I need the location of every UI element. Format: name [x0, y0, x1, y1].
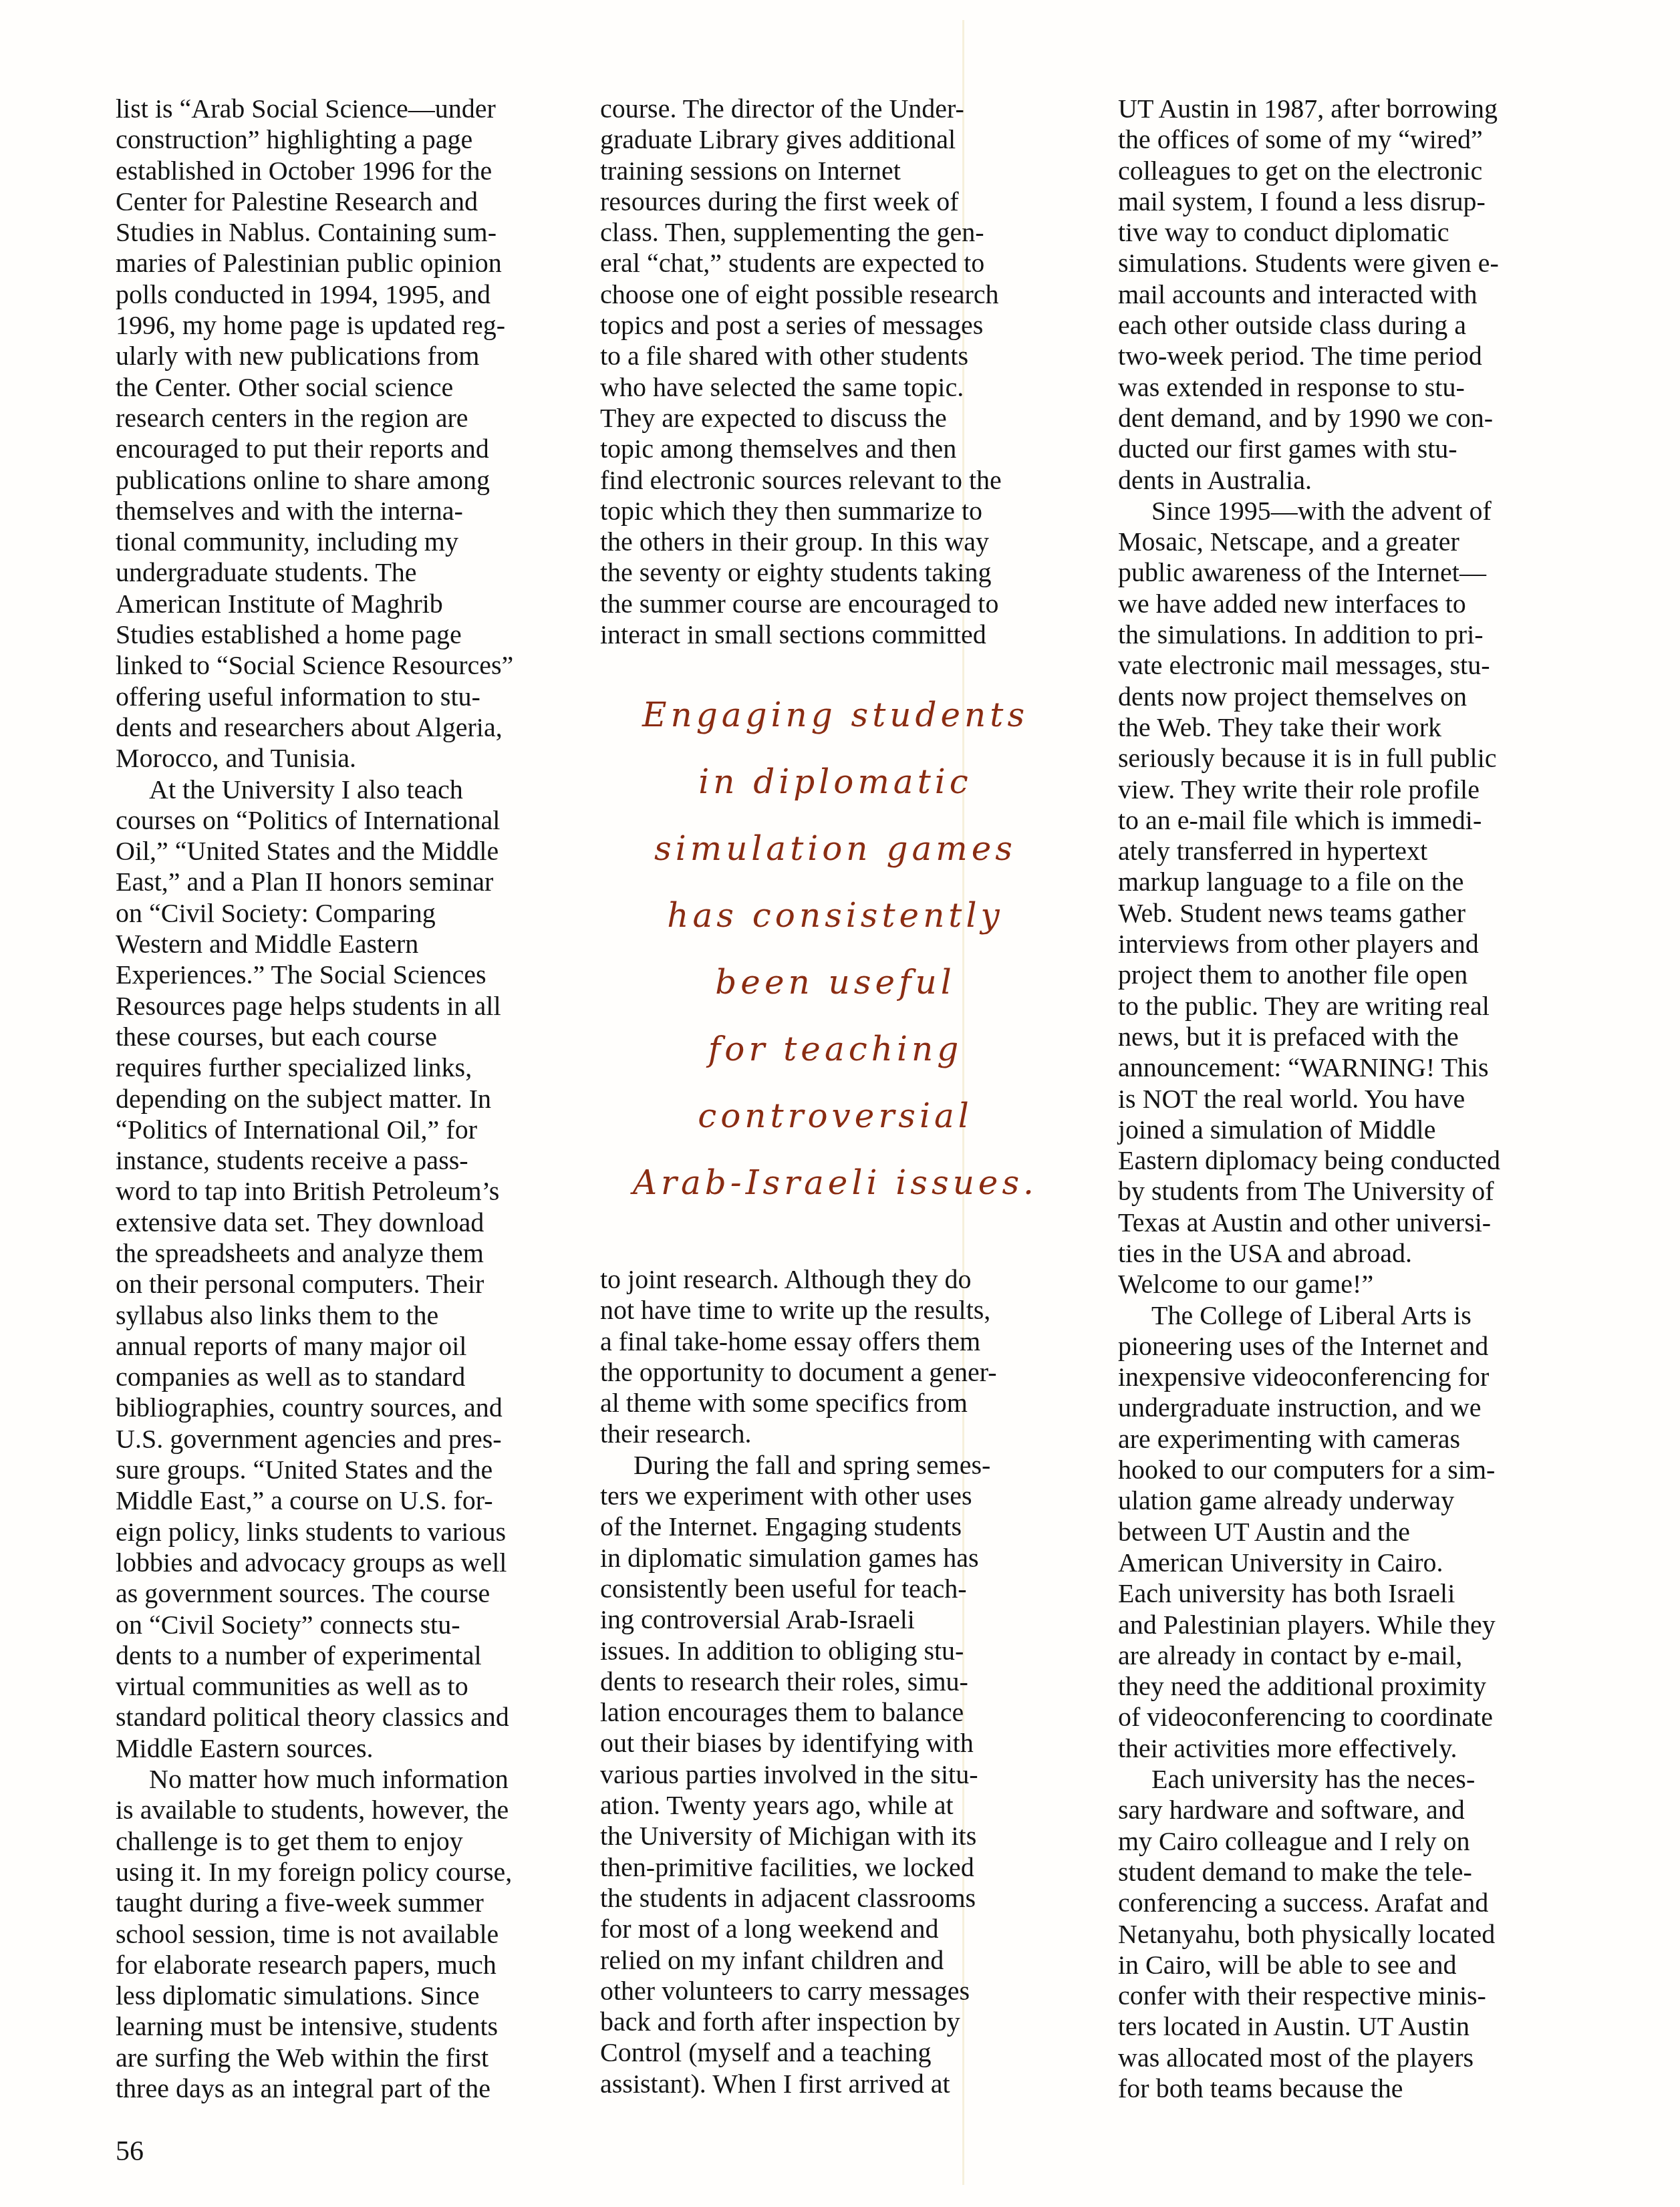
text-line: the simulations. In addition to pri-	[1118, 619, 1599, 650]
text-line: American University in Cairo.	[1118, 1548, 1599, 1578]
pull-quote-line: in diplomatic	[601, 748, 1069, 815]
text-line: eral “chat,” students are expected to	[600, 248, 1068, 279]
pull-quote-line: has consistently	[601, 882, 1069, 949]
text-line: who have selected the same topic.	[600, 372, 1068, 403]
text-line: They are expected to discuss the	[600, 403, 1068, 434]
text-line: various parties involved in the situ-	[600, 1759, 1068, 1790]
text-line: topic among themselves and then	[600, 434, 1068, 464]
text-line: to a file shared with other students	[600, 341, 1068, 372]
text-line: UT Austin in 1987, after borrowing	[1118, 94, 1599, 124]
text-line: is NOT the real world. You have	[1118, 1084, 1599, 1115]
text-line: class. Then, supplementing the gen-	[600, 217, 1068, 248]
text-line: was allocated most of the players	[1118, 2043, 1599, 2073]
text-line: relied on my infant children and	[600, 1945, 1068, 1976]
text-line: inexpensive videoconferencing for	[1118, 1362, 1599, 1392]
text-line: in Cairo, will be able to see and	[1118, 1950, 1599, 1980]
text-line: ters located in Austin. UT Austin	[1118, 2011, 1599, 2042]
text-line: dents now project themselves on	[1118, 682, 1599, 712]
text-line: was extended in response to stu-	[1118, 372, 1599, 403]
pull-quote-line: controversial	[601, 1082, 1069, 1149]
text-line: for most of a long weekend and	[600, 1914, 1068, 1944]
text-line: ately transferred in hypertext	[1118, 836, 1599, 867]
text-line: each other outside class during a	[1118, 310, 1599, 341]
text-line: student demand to make the tele-	[1118, 1857, 1599, 1888]
text-line: in diplomatic simulation games has	[600, 1543, 1068, 1574]
text-line: view. They write their role profile	[1118, 774, 1599, 805]
document-page: list is “Arab Social Science—underconstr…	[0, 0, 1680, 2207]
paragraph: course. The director of the Under-gradua…	[600, 94, 1068, 650]
text-line: the summer course are encouraged to	[600, 589, 1068, 619]
text-line: The College of Liberal Arts is	[1118, 1300, 1599, 1331]
text-line: simulations. Students were given e-	[1118, 248, 1599, 279]
paragraph: Since 1995—with the advent ofMosaic, Net…	[1118, 496, 1599, 1300]
text-line: ties in the USA and abroad.	[1118, 1238, 1599, 1269]
middle-column-top: course. The director of the Under-gradua…	[600, 94, 1068, 650]
pull-quote-line: simulation games	[601, 815, 1069, 882]
text-line: for both teams because the	[1118, 2073, 1599, 2104]
text-line: ulation game already underway	[1118, 1485, 1599, 1516]
text-line: other volunteers to carry messages	[600, 1976, 1068, 2007]
text-line: the seventy or eighty students taking	[600, 557, 1068, 588]
text-line: a final take-home essay offers them	[600, 1326, 1068, 1357]
text-line: seriously because it is in full public	[1118, 743, 1599, 774]
text-line: course. The director of the Under-	[600, 94, 1068, 124]
pull-quote-line: for teaching	[601, 1016, 1069, 1082]
text-line: topic which they then summarize to	[600, 496, 1068, 527]
paragraph: Each university has the neces-sary hardw…	[1118, 1764, 1599, 2104]
text-line: pioneering uses of the Internet and	[1118, 1331, 1599, 1362]
text-line: back and forth after inspection by	[600, 2007, 1068, 2037]
text-line: lation encourages them to balance	[600, 1697, 1068, 1728]
text-line: then-primitive facilities, we locked	[600, 1852, 1068, 1883]
pull-quote-line: Arab-Israeli issues.	[601, 1149, 1069, 1216]
text-line: confer with their respective minis-	[1118, 1980, 1599, 2011]
text-line: dent demand, and by 1990 we con-	[1118, 403, 1599, 434]
text-line: by students from The University of	[1118, 1176, 1599, 1207]
text-line: Control (myself and a teaching	[600, 2037, 1068, 2068]
text-line: joined a simulation of Middle	[1118, 1115, 1599, 1145]
text-line: ters we experiment with other uses	[600, 1481, 1068, 1511]
text-line: Netanyahu, both physically located	[1118, 1919, 1599, 1950]
text-line: choose one of eight possible research	[600, 279, 1068, 310]
text-line: Welcome to our game!”	[1118, 1269, 1599, 1300]
paragraph: UT Austin in 1987, after borrowingthe of…	[1118, 94, 1599, 496]
text-line: ducted our first games with stu-	[1118, 434, 1599, 464]
text-line: undergraduate instruction, and we	[1118, 1392, 1599, 1423]
text-line: interviews from other players and	[1118, 929, 1599, 960]
text-line: dents in Australia.	[1118, 465, 1599, 496]
page-number: 56	[116, 2136, 144, 2168]
pull-quote-line: Engaging students	[601, 682, 1069, 748]
text-line: sary hardware and software, and	[1118, 1795, 1599, 1825]
text-line: resources during the first week of	[600, 186, 1068, 217]
text-line: graduate Library gives additional	[600, 124, 1068, 155]
text-line: the opportunity to document a gener-	[600, 1357, 1068, 1388]
text-line: topics and post a series of messages	[600, 310, 1068, 341]
pull-quote-line: been useful	[601, 949, 1069, 1016]
paragraph: During the fall and spring semes-ters we…	[600, 1450, 1068, 2099]
text-line: not have time to write up the results,	[600, 1295, 1068, 1326]
text-line: dents to research their roles, simu-	[600, 1666, 1068, 1697]
paragraph: The College of Liberal Arts ispioneering…	[1118, 1300, 1599, 1764]
text-line: linked to “Social Science Resources”	[116, 650, 730, 681]
text-line: of the Internet. Engaging students	[600, 1511, 1068, 1542]
text-line: colleagues to get on the electronic	[1118, 156, 1599, 186]
text-line: the Web. They take their work	[1118, 712, 1599, 743]
text-line: hooked to our computers for a sim-	[1118, 1455, 1599, 1485]
text-line: ation. Twenty years ago, while at	[600, 1790, 1068, 1821]
text-line: Each university has the neces-	[1118, 1764, 1599, 1795]
text-line: out their biases by identifying with	[600, 1728, 1068, 1759]
text-line: vate electronic mail messages, stu-	[1118, 650, 1599, 681]
text-line: conferencing a success. Arafat and	[1118, 1888, 1599, 1918]
text-line: to the public. They are writing real	[1118, 991, 1599, 1022]
text-line: news, but it is prefaced with the	[1118, 1022, 1599, 1052]
text-line: to an e-mail file which is immedi-	[1118, 805, 1599, 836]
text-line: ing controversial Arab-Israeli	[600, 1604, 1068, 1635]
text-line: the others in their group. In this way	[600, 527, 1068, 557]
text-line: the University of Michigan with its	[600, 1821, 1068, 1852]
text-line: training sessions on Internet	[600, 156, 1068, 186]
text-line: the offices of some of my “wired”	[1118, 124, 1599, 155]
text-line: mail accounts and interacted with	[1118, 279, 1599, 310]
text-line: consistently been useful for teach-	[600, 1574, 1068, 1604]
text-line: their activities more effectively.	[1118, 1733, 1599, 1764]
paragraph: to joint research. Although they donot h…	[600, 1264, 1068, 1450]
middle-column-bottom: to joint research. Although they donot h…	[600, 1264, 1068, 2099]
text-line: interact in small sections committed	[600, 619, 1068, 650]
text-line: between UT Austin and the	[1118, 1517, 1599, 1548]
text-line: we have added new interfaces to	[1118, 589, 1599, 619]
text-line: two-week period. The time period	[1118, 341, 1599, 372]
text-line: project them to another file open	[1118, 960, 1599, 990]
text-line: al theme with some specifics from	[600, 1388, 1068, 1419]
text-line: of videoconferencing to coordinate	[1118, 1702, 1599, 1733]
text-line: Eastern diplomacy being conducted	[1118, 1145, 1599, 1176]
text-line: they need the additional proximity	[1118, 1671, 1599, 1702]
text-line: and Palestinian players. While they	[1118, 1610, 1599, 1640]
text-line: public awareness of the Internet—	[1118, 557, 1599, 588]
text-line: their research.	[600, 1419, 1068, 1449]
text-line: find electronic sources relevant to the	[600, 465, 1068, 496]
text-line: are already in contact by e-mail,	[1118, 1640, 1599, 1671]
text-line: announcement: “WARNING! This	[1118, 1052, 1599, 1083]
text-line: are experimenting with cameras	[1118, 1424, 1599, 1455]
text-line: Web. Student news teams gather	[1118, 898, 1599, 929]
text-line: tive way to conduct diplomatic	[1118, 217, 1599, 248]
text-line: to joint research. Although they do	[600, 1264, 1068, 1295]
right-column: UT Austin in 1987, after borrowingthe of…	[1118, 94, 1599, 2104]
text-line: During the fall and spring semes-	[600, 1450, 1068, 1481]
text-line: mail system, I found a less disrup-	[1118, 186, 1599, 217]
pull-quote: Engaging studentsin diplomaticsimulation…	[601, 682, 1069, 1216]
text-line: Mosaic, Netscape, and a greater	[1118, 527, 1599, 557]
text-line: Texas at Austin and other universi-	[1118, 1207, 1599, 1238]
text-line: Each university has both Israeli	[1118, 1578, 1599, 1609]
text-line: Since 1995—with the advent of	[1118, 496, 1599, 527]
text-line: issues. In addition to obliging stu-	[600, 1636, 1068, 1666]
text-line: assistant). When I first arrived at	[600, 2069, 1068, 2099]
text-line: the students in adjacent classrooms	[600, 1883, 1068, 1914]
text-line: markup language to a file on the	[1118, 867, 1599, 897]
text-line: my Cairo colleague and I rely on	[1118, 1826, 1599, 1857]
